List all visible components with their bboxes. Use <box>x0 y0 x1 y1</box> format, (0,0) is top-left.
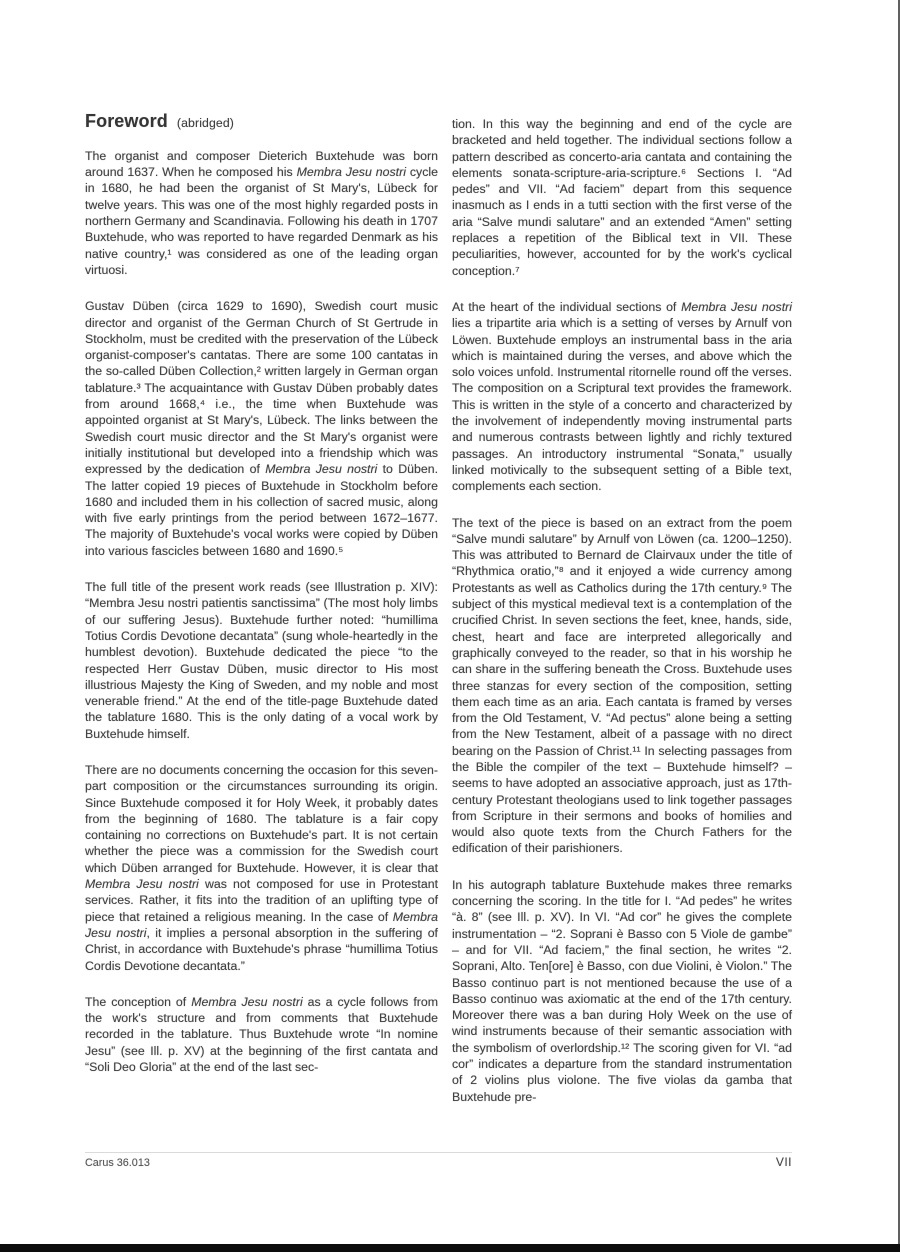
page-title-qualifier: (abridged) <box>177 116 234 130</box>
page-footer: Carus 36.013 VII <box>85 1152 792 1169</box>
edition-number: Carus 36.013 <box>85 1157 150 1169</box>
paragraph: The text of the piece is based on an ext… <box>452 515 792 857</box>
page-number: VII <box>776 1155 792 1169</box>
scan-edge-bottom <box>0 1244 900 1252</box>
page-content: Foreword (abridged) The organist and com… <box>85 112 792 1105</box>
footer-row: Carus 36.013 VII <box>85 1153 792 1169</box>
paragraph: Gustav Düben (circa 1629 to 1690), Swedi… <box>85 298 438 559</box>
page-title-text: Foreword <box>85 111 168 131</box>
left-column-paragraphs: The organist and composer Dieterich Buxt… <box>85 148 438 1075</box>
paragraph: The organist and composer Dieterich Buxt… <box>85 148 438 278</box>
scanned-foreword-page: Foreword (abridged) The organist and com… <box>0 0 900 1252</box>
paragraph: tion. In this way the beginning and end … <box>452 116 792 279</box>
paragraph: At the heart of the individual sections … <box>452 299 792 495</box>
paragraph: In his autograph tablature Buxtehude mak… <box>452 877 792 1105</box>
paragraph: The full title of the present work reads… <box>85 579 438 742</box>
right-column: tion. In this way the beginning and end … <box>452 112 792 1105</box>
paragraph: The conception of Membra Jesu nostri as … <box>85 994 438 1075</box>
right-column-paragraphs: tion. In this way the beginning and end … <box>452 116 792 1105</box>
left-column: Foreword (abridged) The organist and com… <box>85 112 438 1105</box>
paragraph: There are no documents concerning the oc… <box>85 762 438 974</box>
page-title: Foreword (abridged) <box>85 112 438 131</box>
